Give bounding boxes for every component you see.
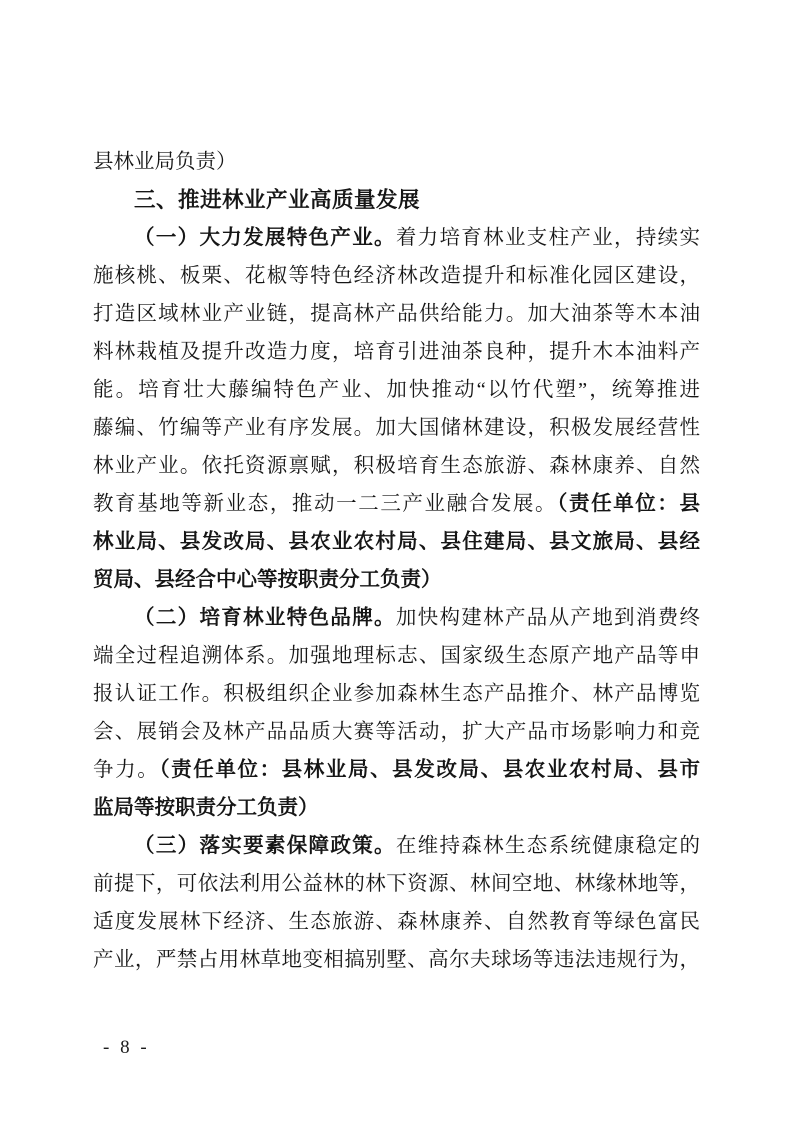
text-line: 施核桃、板栗、花椒等特色经济林改造提升和标准化园区建设， — [93, 257, 700, 295]
text-line: 监局等按职责分工负责） — [93, 789, 700, 827]
text-line: 争力。（责任单位：县林业局、县发改局、县农业农村局、县市 — [93, 751, 700, 789]
body-text: 会、展销会及林产品品质大赛等活动，扩大产品市场影响力和竞 — [93, 721, 700, 743]
body-text: 产业，严禁占用林草地变相搞别墅、高尔夫球场等违法违规行为， — [93, 949, 700, 971]
body-text: 县林业局负责） — [93, 151, 237, 173]
page-number: - 8 - — [103, 1034, 150, 1062]
text-line: 贸局、县经合中心等按职责分工负责） — [93, 561, 700, 599]
body-text: 争力。 — [93, 759, 159, 781]
text-line: 报认证工作。积极组织企业参加森林生态产品推介、林产品博览 — [93, 675, 700, 713]
section-heading: 三、推进林业产业高质量发展 — [93, 181, 700, 219]
text-line: 前提下，可依法利用公益林的林下资源、林间空地、林缘林地等， — [93, 865, 700, 903]
body-text: 着力培育林业支柱产业，持续实 — [396, 227, 700, 249]
text-line: 县林业局负责） — [93, 143, 700, 181]
text-line: （三）落实要素保障政策。在维持森林生态系统健康稳定的 — [93, 827, 700, 865]
body-text: 教育基地等新业态，推动一二三产业融合发展。 — [93, 493, 557, 515]
text-line: 料林栽植及提升改造力度，培育引进油茶良种，提升木本油料产 — [93, 333, 700, 371]
responsibility-note: 贸局、县经合中心等按职责分工负责） — [93, 569, 442, 591]
document-page: 县林业局负责）三、推进林业产业高质量发展（一）大力发展特色产业。着力培育林业支柱… — [0, 0, 793, 1122]
text-line: 林业局、县发改局、县农业农村局、县住建局、县文旅局、县经 — [93, 523, 700, 561]
responsibility-note: （责任单位：县 — [557, 493, 700, 515]
body-text: 料林栽植及提升改造力度，培育引进油茶良种，提升木本油料产 — [93, 341, 700, 363]
responsibility-note: （责任单位：县林业局、县发改局、县农业农村局、县市 — [159, 759, 700, 781]
text-line: 藤编、竹编等产业有序发展。加大国储林建设，积极发展经营性 — [93, 409, 700, 447]
paragraph-lead: （二）培育林业特色品牌。 — [134, 607, 396, 629]
text-line: 林业产业。依托资源禀赋，积极培育生态旅游、森林康养、自然 — [93, 447, 700, 485]
responsibility-note: 监局等按职责分工负责） — [93, 797, 319, 819]
body-text: 打造区域林业产业链，提高林产品供给能力。加大油茶等木本油 — [93, 303, 700, 325]
text-line: 适度发展林下经济、生态旅游、森林康养、自然教育等绿色富民 — [93, 903, 700, 941]
body-text: 施核桃、板栗、花椒等特色经济林改造提升和标准化园区建设， — [93, 265, 700, 287]
text-line: 打造区域林业产业链，提高林产品供给能力。加大油茶等木本油 — [93, 295, 700, 333]
text-line: （一）大力发展特色产业。着力培育林业支柱产业，持续实 — [93, 219, 700, 257]
responsibility-note: 林业局、县发改局、县农业农村局、县住建局、县文旅局、县经 — [93, 531, 700, 553]
body-text: 报认证工作。积极组织企业参加森林生态产品推介、林产品博览 — [93, 683, 700, 705]
paragraph-lead: （一）大力发展特色产业。 — [134, 227, 396, 249]
body-text: 能。培育壮大藤编特色产业、加快推动“以竹代塑”，统筹推进 — [93, 379, 700, 401]
body-text: 加快构建林产品从产地到消费终 — [396, 607, 700, 629]
body-text: 端全过程追溯体系。加强地理标志、国家级生态原产地产品等申 — [93, 645, 700, 667]
paragraph-lead: （三）落实要素保障政策。 — [134, 835, 396, 857]
body-text: 藤编、竹编等产业有序发展。加大国储林建设，积极发展经营性 — [93, 417, 700, 439]
heading-text: 三、推进林业产业高质量发展 — [134, 188, 420, 212]
text-block: 县林业局负责）三、推进林业产业高质量发展（一）大力发展特色产业。着力培育林业支柱… — [93, 143, 700, 979]
body-text: 前提下，可依法利用公益林的林下资源、林间空地、林缘林地等， — [93, 873, 700, 895]
body-text: 林业产业。依托资源禀赋，积极培育生态旅游、森林康养、自然 — [93, 455, 700, 477]
text-line: （二）培育林业特色品牌。加快构建林产品从产地到消费终 — [93, 599, 700, 637]
text-line: 端全过程追溯体系。加强地理标志、国家级生态原产地产品等申 — [93, 637, 700, 675]
text-line: 产业，严禁占用林草地变相搞别墅、高尔夫球场等违法违规行为， — [93, 941, 700, 979]
text-line: 能。培育壮大藤编特色产业、加快推动“以竹代塑”，统筹推进 — [93, 371, 700, 409]
body-text: 适度发展林下经济、生态旅游、森林康养、自然教育等绿色富民 — [93, 911, 700, 933]
text-line: 教育基地等新业态，推动一二三产业融合发展。（责任单位：县 — [93, 485, 700, 523]
body-text: 在维持森林生态系统健康稳定的 — [396, 835, 700, 857]
text-line: 会、展销会及林产品品质大赛等活动，扩大产品市场影响力和竞 — [93, 713, 700, 751]
